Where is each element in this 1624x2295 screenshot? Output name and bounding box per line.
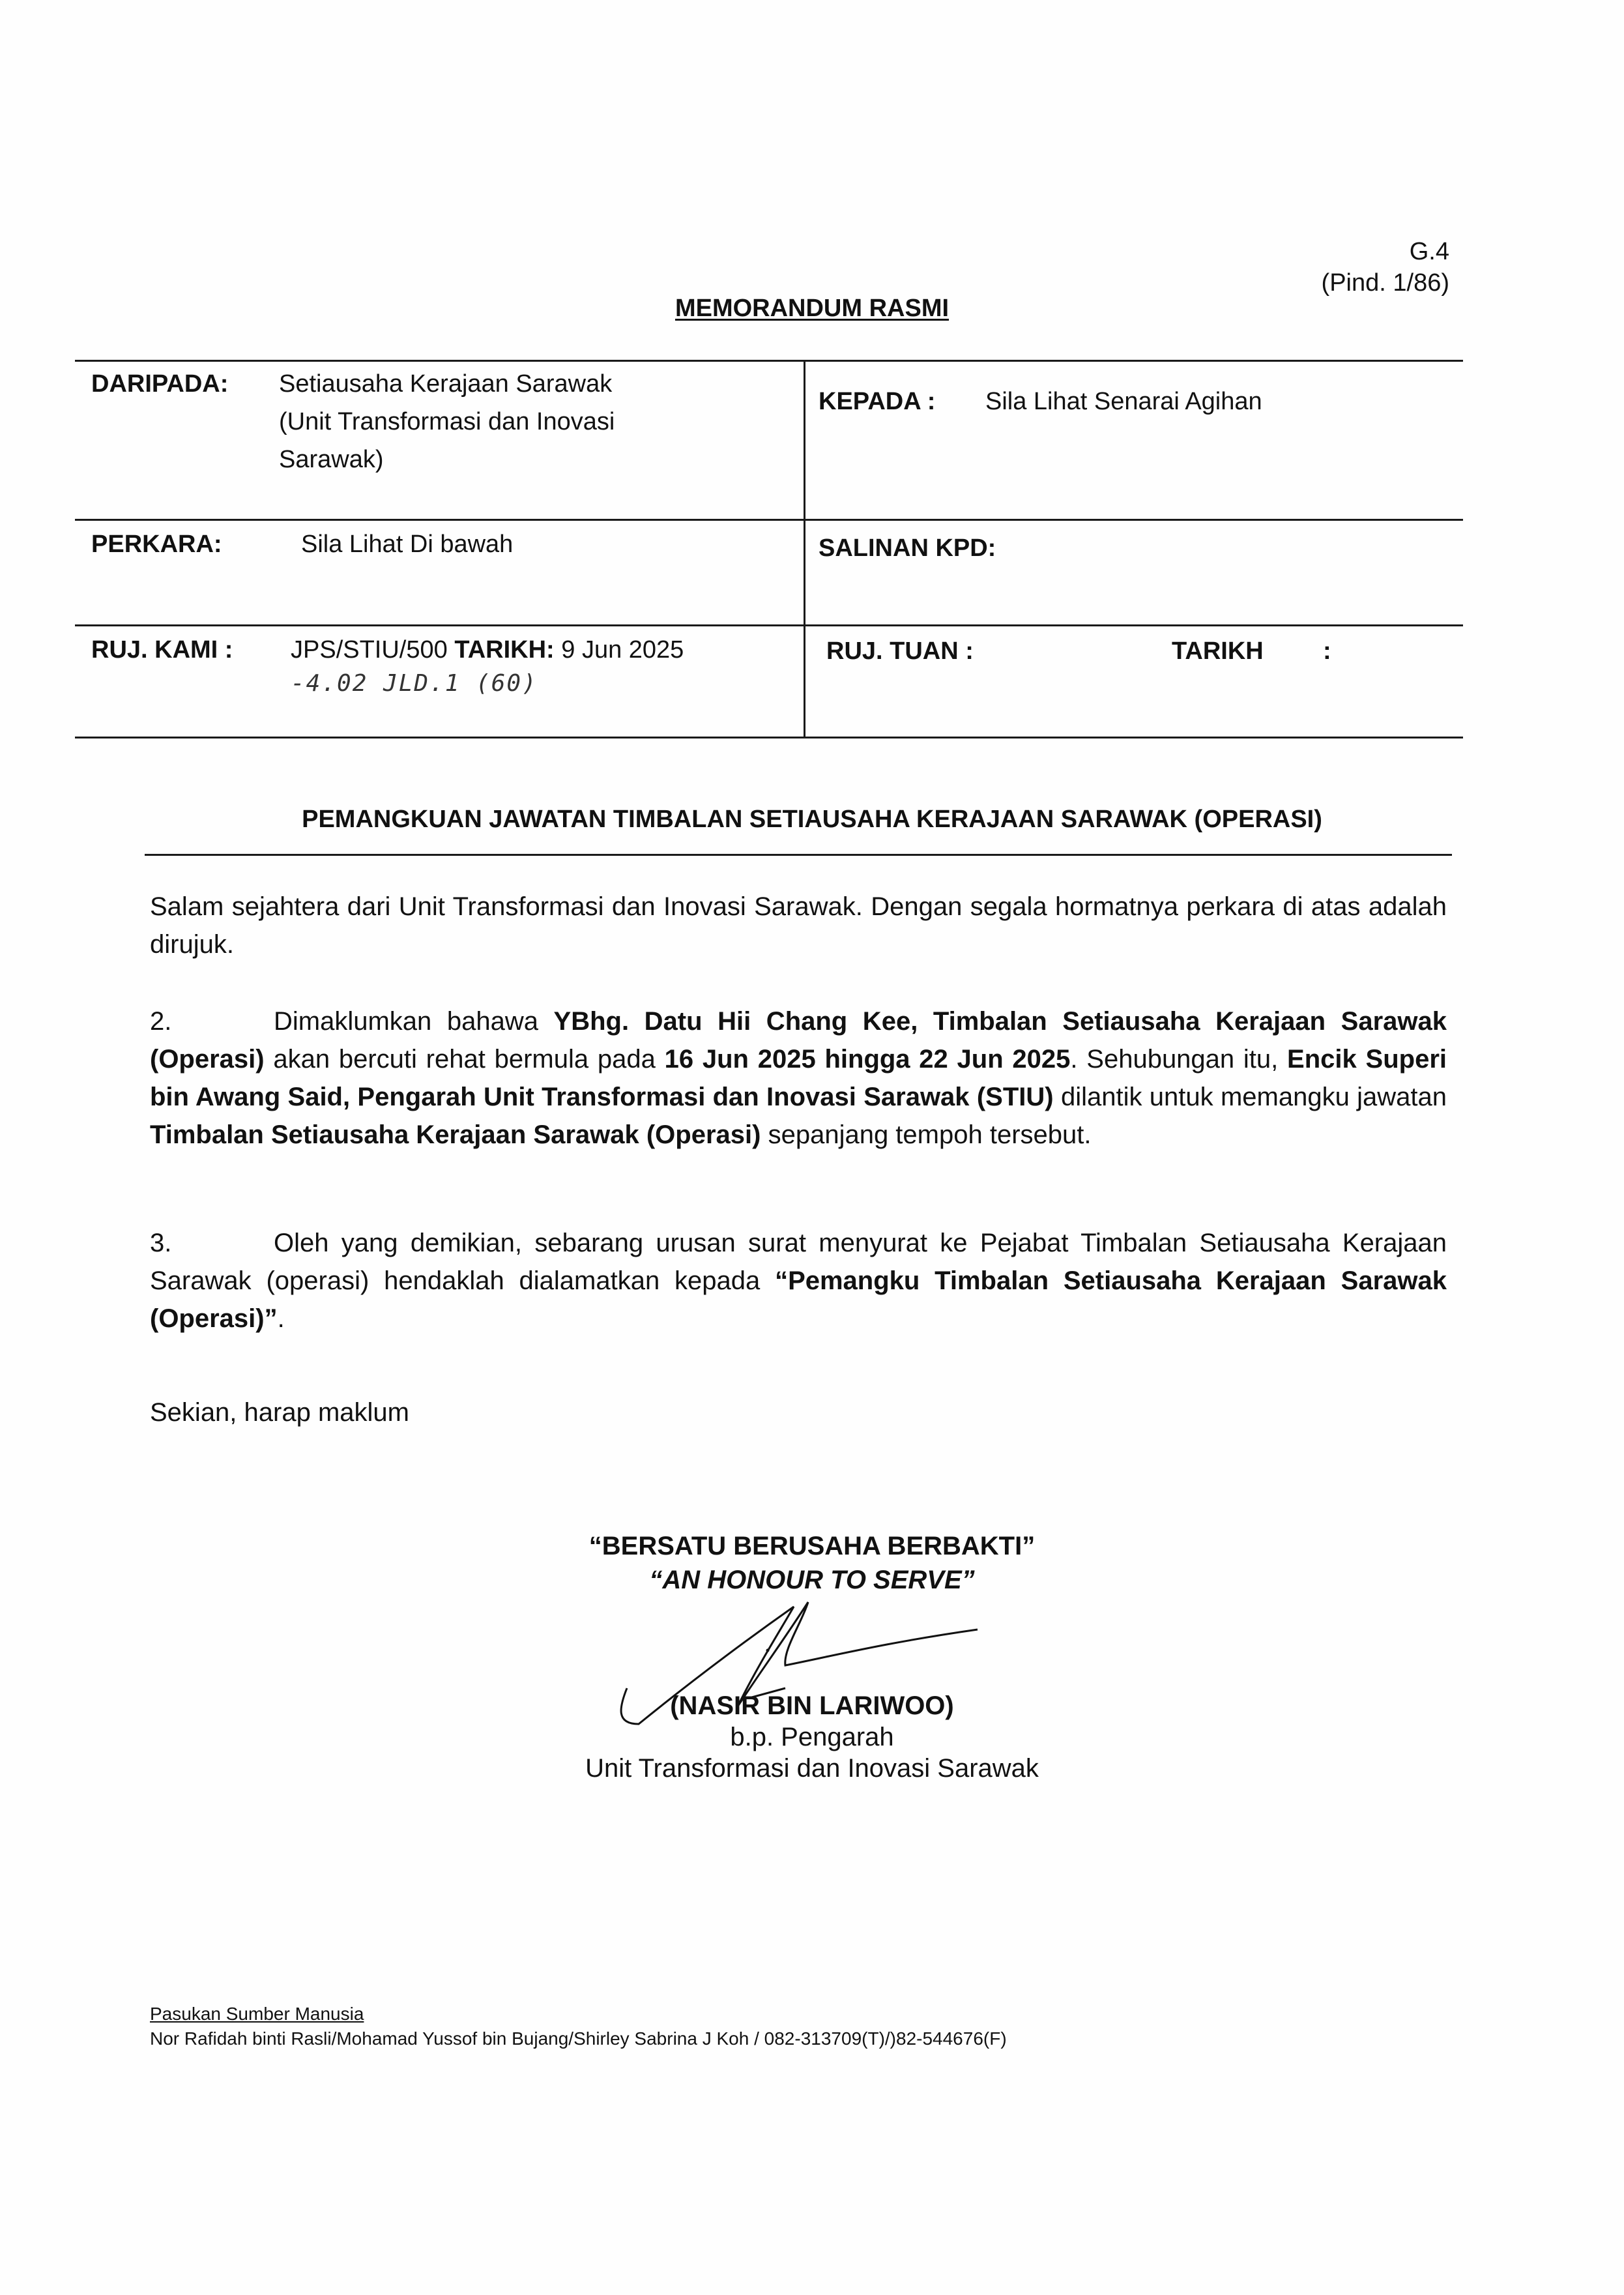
perkara-label: PERKARA: [91,525,222,563]
motto-line-2: “AN HONOUR TO SERVE” [0,1566,1624,1595]
daripada-value: Setiausaha Kerajaan Sarawak (Unit Transf… [279,365,615,478]
ruj-tuan-label: RUJ. TUAN : [826,632,974,670]
paragraph-1: Salam sejahtera dari Unit Transformasi d… [150,888,1447,963]
footer-contact: Nor Rafidah binti Rasli/Mohamad Yussof b… [150,2028,1007,2049]
leave-period: 16 Jun 2025 hingga 22 Jun 2025 [665,1045,1071,1074]
text: Dimaklumkan bahawa [274,1007,554,1036]
daripada-line: (Unit Transformasi dan Inovasi [279,403,615,441]
table-divider [75,737,1463,738]
ruj-kami-label: RUJ. KAMI : [91,631,233,669]
signatory-unit: Unit Transformasi dan Inovasi Sarawak [0,1754,1624,1783]
handwritten-reference: -4.02 JLD.1 (60) [291,665,538,703]
closing: Sekian, harap maklum [150,1394,1447,1431]
tarikh-value: 9 Jun 2025 [561,636,684,664]
kepada-value: Sila Lihat Senarai Agihan [985,383,1262,420]
daripada-line: Sarawak) [279,441,615,478]
form-code-number: G.4 [1322,236,1449,267]
ruj-kami-ref: JPS/STIU/500 [291,636,448,664]
paragraph-3: 3.Oleh yang demikian, sebarang urusan su… [150,1224,1447,1338]
text: dilantik untuk memangku jawatan [1054,1083,1447,1111]
kepada-label: KEPADA : [819,383,935,420]
table-divider [75,519,1463,521]
memo-title: MEMORANDUM RASMI [0,295,1624,323]
daripada-label: DARIPADA: [91,365,228,403]
paragraph-number: 2. [150,1002,274,1040]
form-code-pind: (Pind. 1/86) [1322,267,1449,299]
footer-team: Pasukan Sumber Manusia [150,2004,364,2025]
subject-heading: PEMANGKUAN JAWATAN TIMBALAN SETIAUSAHA K… [0,806,1624,834]
table-column-divider [804,360,805,738]
paragraph-number: 3. [150,1224,274,1262]
tarikh-label: TARIKH: [454,636,554,664]
acting-position: Timbalan Setiausaha Kerajaan Sarawak (Op… [150,1120,761,1149]
subject-underline [145,854,1452,856]
form-code: G.4 (Pind. 1/86) [1322,236,1449,299]
signatory-position: b.p. Pengarah [0,1723,1624,1752]
table-divider [75,624,1463,626]
perkara-value: Sila Lihat Di bawah [301,525,513,563]
table-divider [75,360,1463,362]
paragraph-2: 2.Dimaklumkan bahawa YBhg. Datu Hii Chan… [150,1002,1447,1154]
daripada-line: Setiausaha Kerajaan Sarawak [279,365,615,403]
text: . [278,1304,285,1333]
ruj-tuan-tarikh-colon: : [1323,632,1331,670]
ruj-tuan-tarikh-label: TARIKH [1172,632,1264,670]
text: . Sehubungan itu, [1070,1045,1287,1074]
signatory-name: (NASIR BIN LARIWOO) [0,1691,1624,1721]
motto-line-1: “BERSATU BERUSAHA BERBAKTI” [0,1532,1624,1561]
salinan-label: SALINAN KPD: [819,529,996,567]
ruj-kami-value: JPS/STIU/500 TARIKH: 9 Jun 2025 [291,631,684,669]
text: akan bercuti rehat bermula pada [265,1045,665,1074]
text: sepanjang tempoh tersebut. [761,1120,1091,1149]
